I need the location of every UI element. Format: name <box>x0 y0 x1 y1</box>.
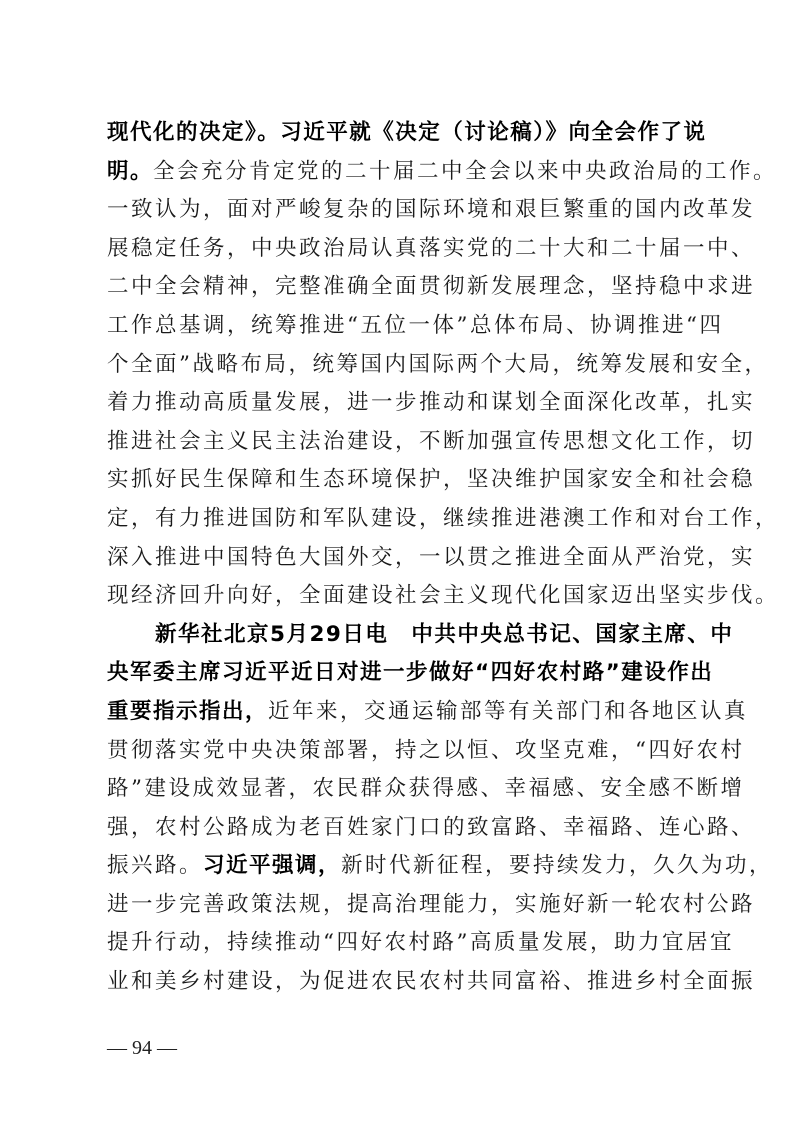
text-run: 现经济回升向好，全面建设社会主义现代化国家迈出坚实步伐。 <box>107 583 779 608</box>
text-line: 深入推进中国特色大国外交，一以贯之推进全面从严治党，实 <box>107 539 691 578</box>
text-run: 推进社会主义民主法治建设，不断加强宣传思想文化工作，切 <box>107 429 755 454</box>
text-run: 强，农村公路成为老百姓家门口的致富路、幸福路、连心路、 <box>107 815 755 840</box>
text-line: 强，农村公路成为老百姓家门口的致富路、幸福路、连心路、 <box>107 809 691 848</box>
text-line: 提升行动，持续推动“四好农村路”高质量发展，助力宜居宜 <box>107 924 691 963</box>
text-line: 贯彻落实党中央决策部署，持之以恒、攻坚克难，“四好农村 <box>107 732 691 771</box>
text-line: 工作总基调，统筹推进“五位一体”总体布局、协调推进“四 <box>107 307 691 346</box>
text-run: 工作总基调，统筹推进“五位一体”总体布局、协调推进“四 <box>107 313 723 338</box>
bold-run: 央军委主席习近平近日对进一步做好“四好农村路”建设作出 <box>107 660 713 685</box>
text-line: 明。全会充分肯定党的二十届二中全会以来中央政治局的工作。 <box>107 153 691 192</box>
text-line: 振兴路。习近平强调，新时代新征程，要持续发力，久久为功， <box>107 847 691 886</box>
body-text: 现代化的决定》。习近平就《决定（讨论稿）》向全会作了说 明。全会充分肯定党的二十… <box>107 114 691 1002</box>
text-run: 一致认为，面对严峻复杂的国际环境和艰巨繁重的国内改革发 <box>107 197 755 222</box>
text-run: 振兴路。 <box>107 853 203 878</box>
bold-run: 新华社北京5月29日电 中共中央总书记、国家主席、中 <box>155 622 733 647</box>
text-run: 定，有力推进国防和军队建设，继续推进港澳工作和对台工作， <box>107 506 779 531</box>
text-line: 着力推动高质量发展，进一步推动和谋划全面深化改革，扎实 <box>107 384 691 423</box>
text-run: 个全面”战略布局，统筹国内国际两个大局，统筹发展和安全， <box>107 352 769 377</box>
page-number: — 94 — <box>107 1037 177 1060</box>
text-line: 进一步完善政策法规，提高治理能力，实施好新一轮农村公路 <box>107 886 691 925</box>
text-line: 定，有力推进国防和军队建设，继续推进港澳工作和对台工作， <box>107 500 691 539</box>
paragraph-start-line: 新华社北京5月29日电 中共中央总书记、国家主席、中 <box>107 616 691 655</box>
text-line: 业和美乡村建设，为促进农民农村共同富裕、推进乡村全面振 <box>107 963 691 1002</box>
text-line: 一致认为，面对严峻复杂的国际环境和艰巨繁重的国内改革发 <box>107 191 691 230</box>
text-run: 进一步完善政策法规，提高治理能力，实施好新一轮农村公路 <box>107 892 755 917</box>
text-run: 二中全会精神，完整准确全面贯彻新发展理念，坚持稳中求进 <box>107 274 755 299</box>
text-run: 路”建设成效显著，农民群众获得感、幸福感、安全感不断增 <box>107 776 745 801</box>
bold-run: 现代化的决定》。习近平就《决定（讨论稿）》向全会作了说 <box>107 120 707 145</box>
text-line: 实抓好民生保障和生态环境保护，坚决维护国家安全和社会稳 <box>107 461 691 500</box>
text-line: 推进社会主义民主法治建设，不断加强宣传思想文化工作，切 <box>107 423 691 462</box>
text-line: 央军委主席习近平近日对进一步做好“四好农村路”建设作出 <box>107 654 691 693</box>
text-line: 个全面”战略布局，统筹国内国际两个大局，统筹发展和安全， <box>107 346 691 385</box>
text-run: 近年来，交通运输部等有关部门和各地区认真 <box>268 699 748 724</box>
text-line: 二中全会精神，完整准确全面贯彻新发展理念，坚持稳中求进 <box>107 268 691 307</box>
text-line: 现代化的决定》。习近平就《决定（讨论稿）》向全会作了说 <box>107 114 691 153</box>
text-run: 提升行动，持续推动“四好农村路”高质量发展，助力宜居宜 <box>107 930 734 955</box>
bold-run: 重要指示指出， <box>107 699 268 724</box>
text-run: 业和美乡村建设，为促进农民农村共同富裕、推进乡村全面振 <box>107 969 755 994</box>
document-page: 现代化的决定》。习近平就《决定（讨论稿）》向全会作了说 明。全会充分肯定党的二十… <box>0 0 793 1122</box>
text-line: 重要指示指出，近年来，交通运输部等有关部门和各地区认真 <box>107 693 691 732</box>
text-run: 新时代新征程，要持续发力，久久为功， <box>341 853 773 878</box>
bold-run: 明。 <box>107 159 153 184</box>
text-run: 展稳定任务，中央政治局认真落实党的二十大和二十届一中、 <box>107 236 755 261</box>
text-line: 路”建设成效显著，农民群众获得感、幸福感、安全感不断增 <box>107 770 691 809</box>
text-run: 全会充分肯定党的二十届二中全会以来中央政治局的工作。 <box>153 159 777 184</box>
text-run: 实抓好民生保障和生态环境保护，坚决维护国家安全和社会稳 <box>107 467 755 492</box>
text-run: 深入推进中国特色大国外交，一以贯之推进全面从严治党，实 <box>107 545 755 570</box>
text-line: 展稳定任务，中央政治局认真落实党的二十大和二十届一中、 <box>107 230 691 269</box>
text-run: 贯彻落实党中央决策部署，持之以恒、攻坚克难，“四好农村 <box>107 738 745 763</box>
text-line: 现经济回升向好，全面建设社会主义现代化国家迈出坚实步伐。 <box>107 577 691 616</box>
bold-run: 习近平强调， <box>203 853 341 878</box>
text-run: 着力推动高质量发展，进一步推动和谋划全面深化改革，扎实 <box>107 390 755 415</box>
